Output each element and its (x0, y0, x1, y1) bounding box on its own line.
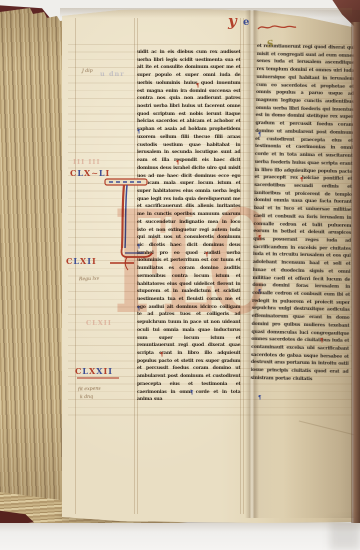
ruling-vertical (75, 18, 76, 514)
ghost-offset-mark: III III (73, 158, 101, 166)
marginal-gloss: k dnq (80, 395, 93, 401)
marginal-gloss: J dip (82, 69, 93, 75)
pilcrow-mark: ¶ (190, 390, 194, 396)
pilcrow-mark: ¶ (258, 395, 262, 401)
ruling-vertical (243, 18, 244, 514)
manuscript-photo: { "watermark": { "text": "FLC" }, "runni… (0, 0, 360, 550)
marginal-gloss: Regu lxv (79, 277, 99, 283)
pilcrow-mark: ¶ (160, 352, 164, 358)
pilcrow-mark: ¶ (300, 177, 304, 183)
page-top-edge-shading (60, 8, 352, 18)
numeral-flourish (77, 377, 119, 379)
table-surface (0, 523, 360, 550)
pilcrow-mark: ¶ (258, 132, 262, 138)
header-flourish (257, 23, 297, 33)
pilcrow-mark: ¶ (137, 129, 141, 135)
text-column-right: et renuntiauerunt regi quod dixerat qui … (250, 43, 355, 416)
fore-edge-leaves (0, 6, 70, 508)
running-title-right: e (243, 18, 249, 28)
ghost-offset-mark: CLXII (86, 319, 112, 327)
gold-cadel-initial: S (266, 40, 274, 51)
illuminated-initial (102, 176, 158, 276)
pilcrow-mark: ¶ (205, 252, 209, 258)
pilcrow-mark: ¶ (176, 160, 180, 166)
pilcrow-mark: ¶ (137, 306, 141, 312)
corner-shadow (330, 520, 360, 550)
running-title-left: y (228, 13, 237, 29)
pilcrow-mark: ¶ (258, 235, 262, 241)
ghost-offset-mark: u dnr (100, 70, 125, 78)
book-edge-right (351, 22, 360, 526)
marginal-gloss: fit expens (78, 387, 101, 393)
pilcrow-mark: ¶ (258, 289, 262, 295)
chapter-numeral-172: CLXXII (75, 367, 113, 376)
pilcrow-mark: ¶ (196, 83, 200, 89)
pilcrow-mark: ¶ (320, 338, 324, 344)
chapter-numeral-162: CLXII (66, 257, 97, 266)
